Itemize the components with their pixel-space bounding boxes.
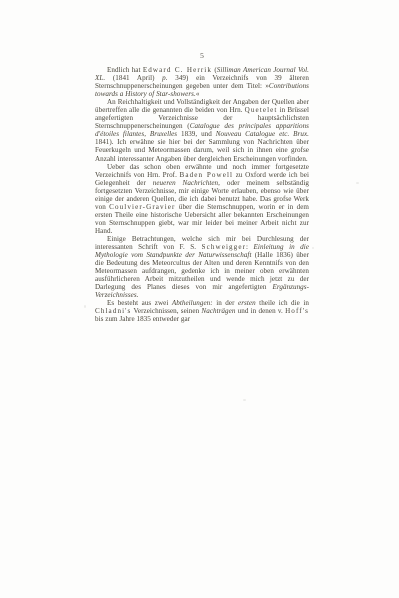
text-run: Verzeichnissen, seinen [131, 307, 201, 315]
scan-speckle [243, 399, 246, 401]
text-run: Es besteht aus zwei [107, 299, 172, 307]
text-run: theile ich die in [256, 299, 309, 307]
text-run: und in denen v. [235, 307, 285, 315]
text-run: Baden Powell [180, 171, 234, 179]
paragraph: Ueber das schon oben erwähnte und noch i… [95, 163, 309, 235]
text-run: 1839, und [177, 130, 216, 138]
text-run: Abtheilungen: [172, 299, 213, 307]
scan-speckle [312, 247, 314, 249]
text-run: neueren Nachrichten, [153, 179, 220, 187]
text-run: in der [213, 299, 238, 307]
paragraph: Einige Betrachtungen, welche sich mir be… [95, 235, 309, 299]
text-run: Coulvier-Gravier [109, 203, 175, 211]
text-run: Quetelet [245, 106, 278, 114]
text-run: ersten [238, 299, 256, 307]
paragraph: Es besteht aus zwei Abtheilungen: in der… [95, 299, 309, 323]
text-run: « [196, 90, 200, 98]
text-run: bis zum Jahre 1835 entweder gar [95, 315, 190, 323]
scan-speckle [84, 305, 86, 308]
text-run: Nouveau Catalogue etc. Brux. [216, 130, 309, 138]
scan-speckle [356, 182, 359, 184]
text-run: Edward C. Herrik [143, 66, 212, 74]
paragraph: Endlich hat Edward C. Herrik (Silliman A… [95, 66, 309, 98]
text-run: Chladni's [95, 307, 131, 315]
text-run: (1841 April) [105, 74, 162, 82]
text-run: Hoff's [285, 307, 309, 315]
text-run: 1841). Ich erwähne sie hier bei der Samm… [95, 138, 309, 162]
page-number: 5 [95, 51, 309, 60]
text-run: Nachträgen [201, 307, 235, 315]
text-run: Endlich hat [107, 66, 143, 74]
text-run: Schweigger [202, 243, 247, 251]
text-run: : [246, 243, 254, 251]
paragraph: An Reichhaltigkeit und Vollständigkeit d… [95, 98, 309, 162]
book-page: 5 Endlich hat Edward C. Herrik (Silliman… [0, 0, 399, 598]
text-block: Endlich hat Edward C. Herrik (Silliman A… [95, 66, 309, 324]
